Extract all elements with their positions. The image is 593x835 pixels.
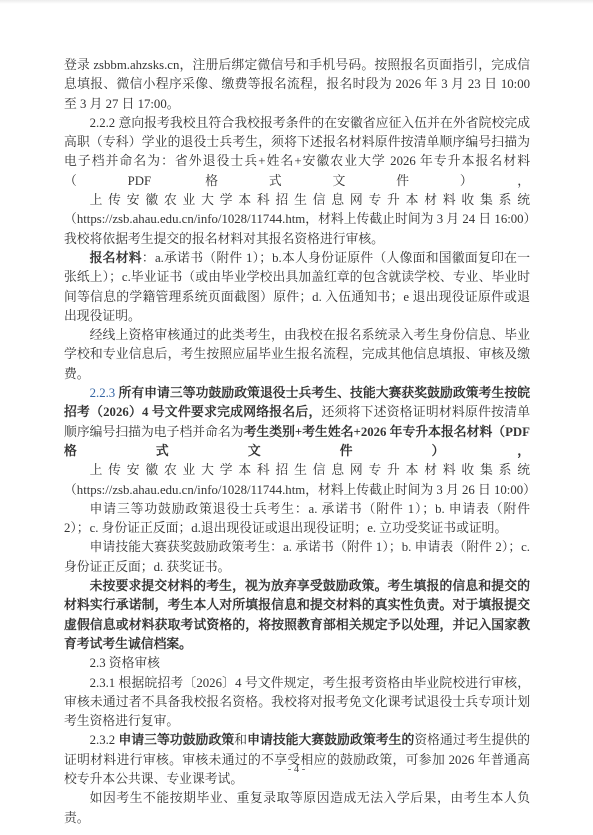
letterspaced-run: 上传安徽农业大学本科招生信息网专升本材料收集系统 bbox=[64, 461, 530, 480]
para-2-2-3: 2.2.3 所有申请三等功鼓励政策退役士兵考生、技能大赛获奖鼓励政策考生按皖招考… bbox=[64, 384, 530, 500]
para-2-3-2: 2.3.2 申请三等功鼓励政策和申请技能大赛鼓励政策考生的资格通过考生提供的证明… bbox=[64, 731, 530, 789]
para-online-review: 经线上资格审核通过的此类考生，由我校在报名系统录入考生身份信息、毕业学校和专业信… bbox=[64, 326, 530, 384]
para-registration-materials: 报名材料：a.承诺书（附件 1）；b.本人身份证原件（人像面和国徽面复印在一张纸… bbox=[64, 249, 530, 326]
text-run: 2.3.1 根据皖招考〔2026〕4 号文件规定，考生报考资格由毕业院校进行审核… bbox=[64, 676, 530, 729]
para-2-2-2: 2.2.2 意向报考我校且符合我校报考条件的在安徽省应征入伍并在外省院校完成高职… bbox=[64, 114, 530, 249]
para-login-flow: 登录 zsbbm.ahzsks.cn，注册后绑定微信号和手机号码。按照报名页面指… bbox=[64, 56, 530, 114]
para-skill-contest-list: 申请技能大赛获奖鼓励政策考生：a. 承诺书（附件 1）；b. 申请表（附件 2）… bbox=[64, 538, 530, 577]
text-run: 报名材料 bbox=[90, 251, 142, 265]
text-run: 申请三等功鼓励政策退役士兵考生：a. 承诺书（附件 1）；b. 申请表（附件 2… bbox=[64, 502, 530, 535]
text-run: 登录 zsbbm.ahzsks.cn，注册后绑定微信号和手机号码。按照报名页面指… bbox=[64, 58, 530, 111]
text-run: 2.3.2 bbox=[90, 733, 119, 747]
text-run: 未按要求提交材料的考生，视为放弃享受鼓励政策。考生填报的信息和提交的材料实行承诺… bbox=[64, 579, 530, 651]
text-run: 申请三等功鼓励政策 bbox=[118, 733, 234, 747]
page-number: - 4 - bbox=[0, 764, 593, 775]
text-run: 如因考生不能按期毕业、重复录取等原因造成无法入学后果，由考生本人负责。 bbox=[64, 791, 530, 824]
text-run: 申请技能大赛获奖鼓励政策考生：a. 承诺书（附件 1）；b. 申请表（附件 2）… bbox=[64, 540, 530, 573]
text-run: 2.3 资格审核 bbox=[90, 656, 160, 670]
heading-2-3: 2.3 资格审核 bbox=[64, 654, 530, 673]
document-page: 登录 zsbbm.ahzsks.cn，注册后绑定微信号和手机号码。按照报名页面指… bbox=[0, 0, 593, 835]
para-2-3-1: 2.3.1 根据皖招考〔2026〕4 号文件规定，考生报考资格由毕业院校进行审核… bbox=[64, 674, 530, 732]
text-run: 2.2.3 bbox=[90, 386, 119, 400]
text-run: 经线上资格审核通过的此类考生，由我校在报名系统录入考生身份信息、毕业学校和专业信… bbox=[64, 328, 530, 381]
text-run: 2.2.2 意向报考我校且符合我校报考条件的在安徽省应征入伍并在外省院校完成高职… bbox=[64, 116, 530, 188]
text-run: 申请技能大赛鼓励政策考生的 bbox=[247, 733, 414, 747]
letterspaced-run: 上传安徽农业大学本科招生信息网专升本材料收集系统 bbox=[64, 191, 530, 210]
para-integrity-warning: 未按要求提交材料的考生，视为放弃享受鼓励政策。考生填报的信息和提交的材料实行承诺… bbox=[64, 577, 530, 654]
text-run: （https://zsb.ahau.edu.cn/info/1028/11744… bbox=[64, 212, 530, 245]
para-enrollment-liability: 如因考生不能按期毕业、重复录取等原因造成无法入学后果，由考生本人负责。 bbox=[64, 789, 530, 828]
para-third-class-merit-list: 申请三等功鼓励政策退役士兵考生：a. 承诺书（附件 1）；b. 申请表（附件 2… bbox=[64, 500, 530, 539]
text-run: 和 bbox=[234, 733, 247, 747]
text-run: （https://zsb.ahau.edu.cn/info/1028/11744… bbox=[64, 483, 536, 497]
document-body: 登录 zsbbm.ahzsks.cn，注册后绑定微信号和手机号码。按照报名页面指… bbox=[64, 56, 530, 828]
page-top-shadow bbox=[0, 0, 593, 4]
